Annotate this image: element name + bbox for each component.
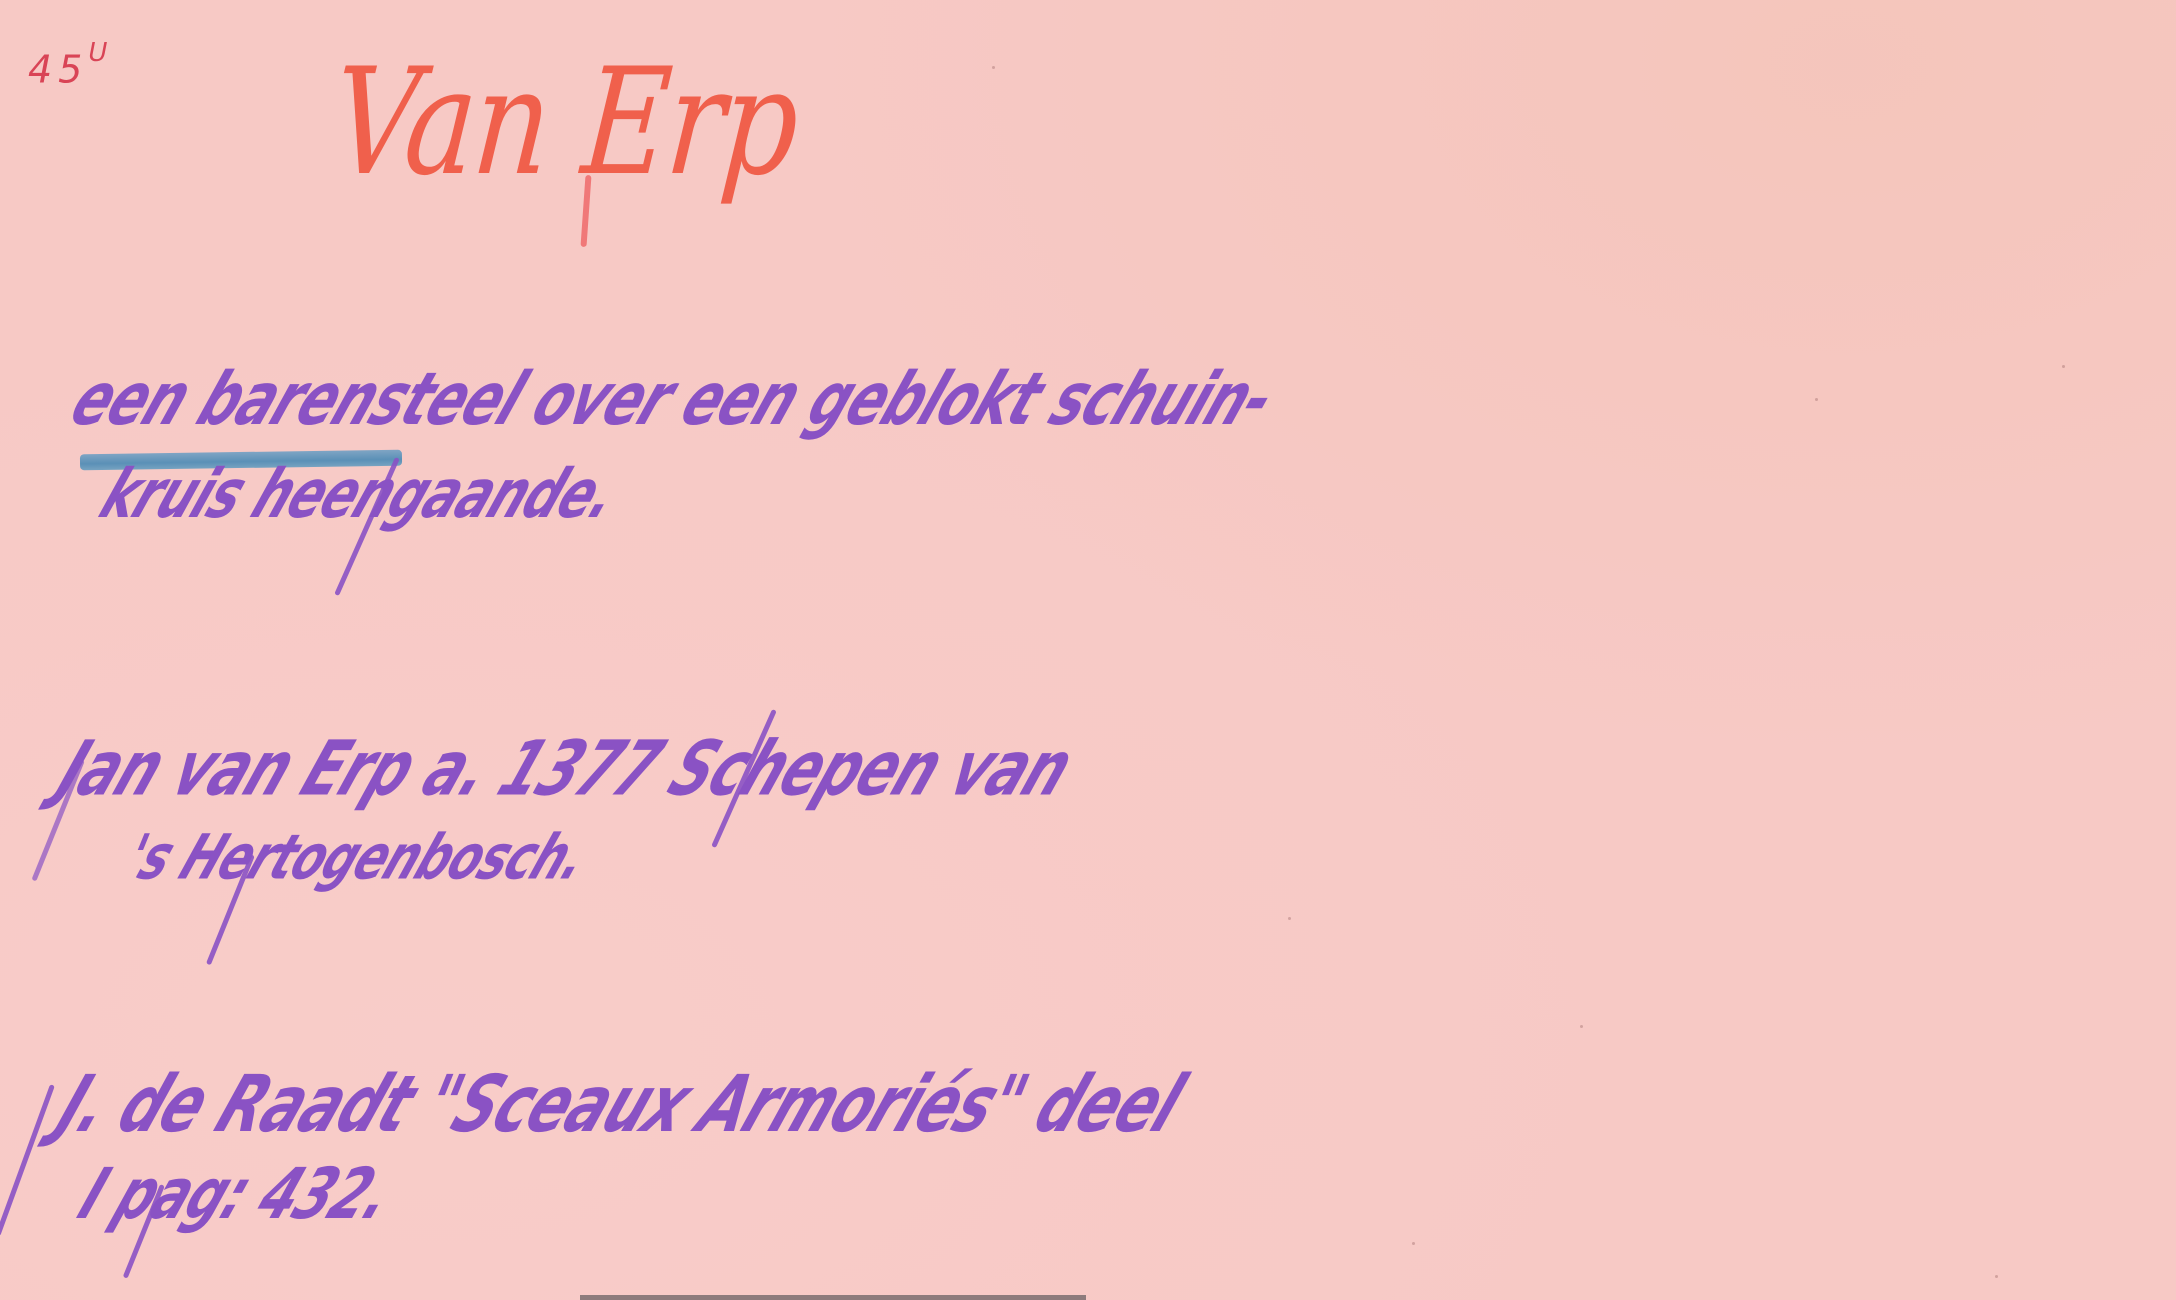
- entry-3-line-2: I pag: 432.: [70, 1160, 402, 1230]
- paper-speck: [1995, 1275, 1998, 1278]
- entry-1-line-1: een barensteel over een geblokt schuin-: [62, 363, 1284, 436]
- paper-speck: [2062, 365, 2065, 368]
- card-number-suffix: U: [88, 38, 107, 68]
- entry-2-line-2: 's Hertogenbosch.: [118, 826, 596, 888]
- entry-3-leading-stroke: [0, 1084, 55, 1236]
- entry-2-line-1: Jan van Erp a. 1377 Schepen van: [48, 732, 1082, 808]
- card-title: Van Erp: [328, 48, 803, 196]
- paper-speck: [1580, 1025, 1583, 1028]
- scan-edge-strip: [580, 1295, 1086, 1300]
- entry-2-leading-stroke: [31, 759, 84, 881]
- paper-speck: [1815, 398, 1818, 401]
- entry-3-line-1: J. de Raadt "Sceaux Armoriés" deel: [48, 1065, 1193, 1143]
- card-number: 45U: [28, 46, 107, 92]
- card-number-value: 45: [28, 48, 88, 92]
- paper-speck: [1288, 917, 1291, 920]
- paper-speck: [992, 66, 995, 69]
- paper-speck: [1412, 1242, 1415, 1245]
- index-card: 45U Van Erp een barensteel over een gebl…: [0, 0, 2176, 1300]
- entry-1-line-2: kruis heengaande.: [92, 461, 627, 529]
